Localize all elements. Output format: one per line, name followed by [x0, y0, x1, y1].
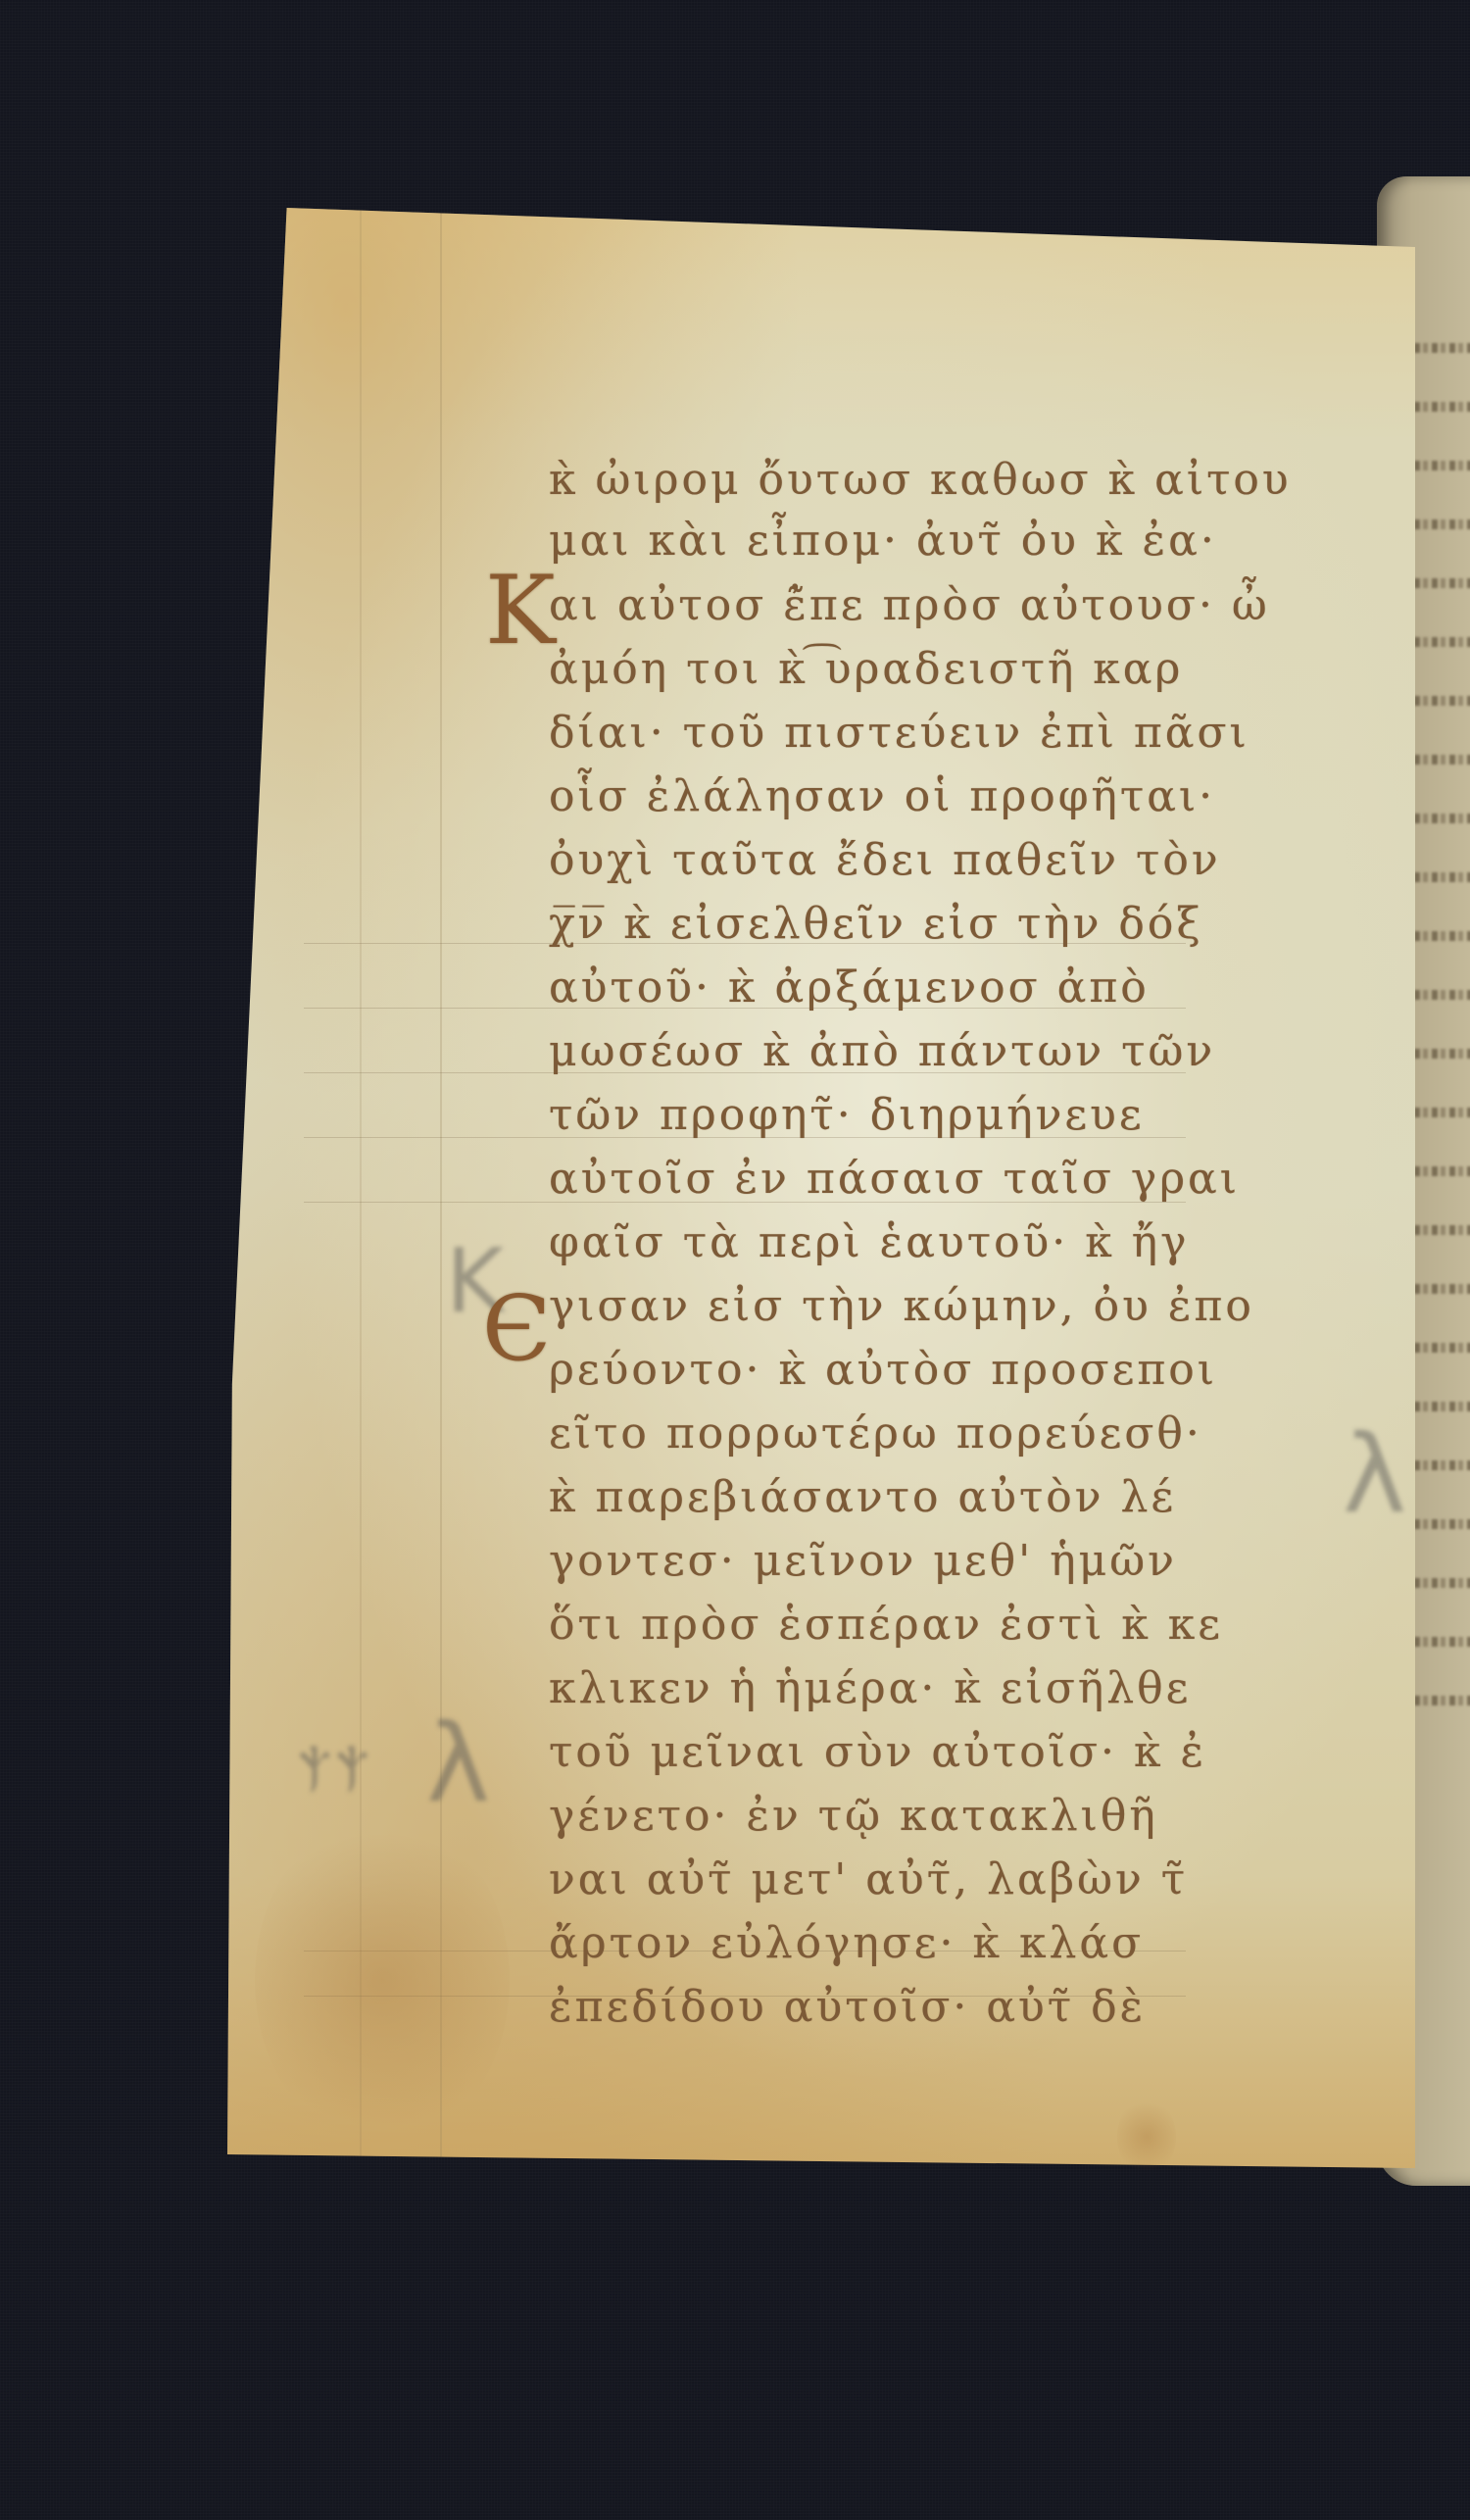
- text-line-5: δίαι· τοῦ πιστεύειν ἐπὶ πᾶσι: [549, 704, 1362, 763]
- text-line-21: τοῦ μεῖναι σὺν αὐτοῖσ· κ̀ ἐ: [549, 1723, 1362, 1782]
- text-line-22: γένετο· ἐν τῷ κατακλιθῆ: [549, 1787, 1362, 1846]
- manuscript-scene: Κ λ ⲯⲯ λ Κ Є κ̀ ὠιρομ ὄυτωσ καθωσ κ̀ αἰτ…: [0, 0, 1470, 2520]
- text-line-3: αι αὐτοσ ἐ̃πε πρὸσ αὐτουσ· ὦ: [549, 576, 1362, 635]
- text-line-18: γοντεσ· μεῖνον μεθ' ἡμῶν: [549, 1532, 1362, 1591]
- text-line-14: γισαν εἰσ τὴν κώμην, ὀυ ἐπο: [549, 1277, 1362, 1336]
- margin-mark-lambda-left: λ: [426, 1701, 490, 1826]
- text-line-25: ἐπεδίδου αὐτοῖσ· αὐτ̃ δὲ: [549, 1978, 1362, 2037]
- text-line-12: αὐτοῖσ ἐν πάσαισ ταῖσ γραι: [549, 1150, 1362, 1209]
- text-line-8: χ̅ν̅ κ̀ εἰσελθεῖν εἰσ τὴν δόξ: [549, 895, 1362, 954]
- text-line-19: ὅτι πρὸσ ἑσπέραν ἐστὶ κ̀ κε: [549, 1596, 1362, 1655]
- text-line-17: κ̀ παρεβιάσαντο αὐτὸν λέ: [549, 1468, 1362, 1527]
- text-line-23: ναι αὐτ̃ μετ' αὐτ̃, λαβὼν τ̃: [549, 1851, 1362, 1909]
- stain: [1117, 2098, 1176, 2176]
- text-line-7: ὀυχὶ ταῦτα ἔδει παθεῖν τὸν: [549, 831, 1362, 890]
- text-line-16: εῖτο πορρωτέρω πορεύεσθ·: [549, 1405, 1362, 1463]
- margin-mark-psi: ⲯⲯ: [299, 1725, 374, 1794]
- stain: [255, 1813, 510, 2147]
- text-line-11: τῶν προφητ̃· διηρμήνευε: [549, 1086, 1362, 1145]
- text-line-15: ρεύοντο· κ̀ αὐτὸσ προσεποι: [549, 1341, 1362, 1400]
- initial-epsilon: Є: [482, 1284, 551, 1374]
- text-line-2: μαι κὰι εἶπομ· ἀυτ̃ ὀυ κ̀ ἐα·: [549, 512, 1362, 570]
- text-line-20: κλικεν ἡ ἡμέρα· κ̀ εἰσῆλθε: [549, 1659, 1362, 1718]
- text-line-1: κ̀ ὠιρομ ὄυτωσ καθωσ κ̀ αἰτου: [549, 451, 1362, 510]
- initial-kappa: Κ: [485, 564, 556, 658]
- text-line-6: οἷσ ἐλάλησαν οἱ προφῆται·: [549, 767, 1362, 826]
- text-line-10: μωσέωσ κ̀ ἀπὸ πάντων τῶν: [549, 1022, 1362, 1081]
- text-line-13: φαῖσ τὰ περὶ ἑαυτοῦ· κ̀ ἤγ: [549, 1213, 1362, 1272]
- text-line-4: ἀμόη τοι κ̀ ͡υραδειστῆ καρ: [549, 640, 1362, 699]
- text-line-24: ἄρτον εὐλόγησε· κ̀ κλάσ: [549, 1914, 1362, 1973]
- text-line-9: αὐτοῦ· κ̀ ἀρξάμενοσ ἀπὸ: [549, 959, 1362, 1017]
